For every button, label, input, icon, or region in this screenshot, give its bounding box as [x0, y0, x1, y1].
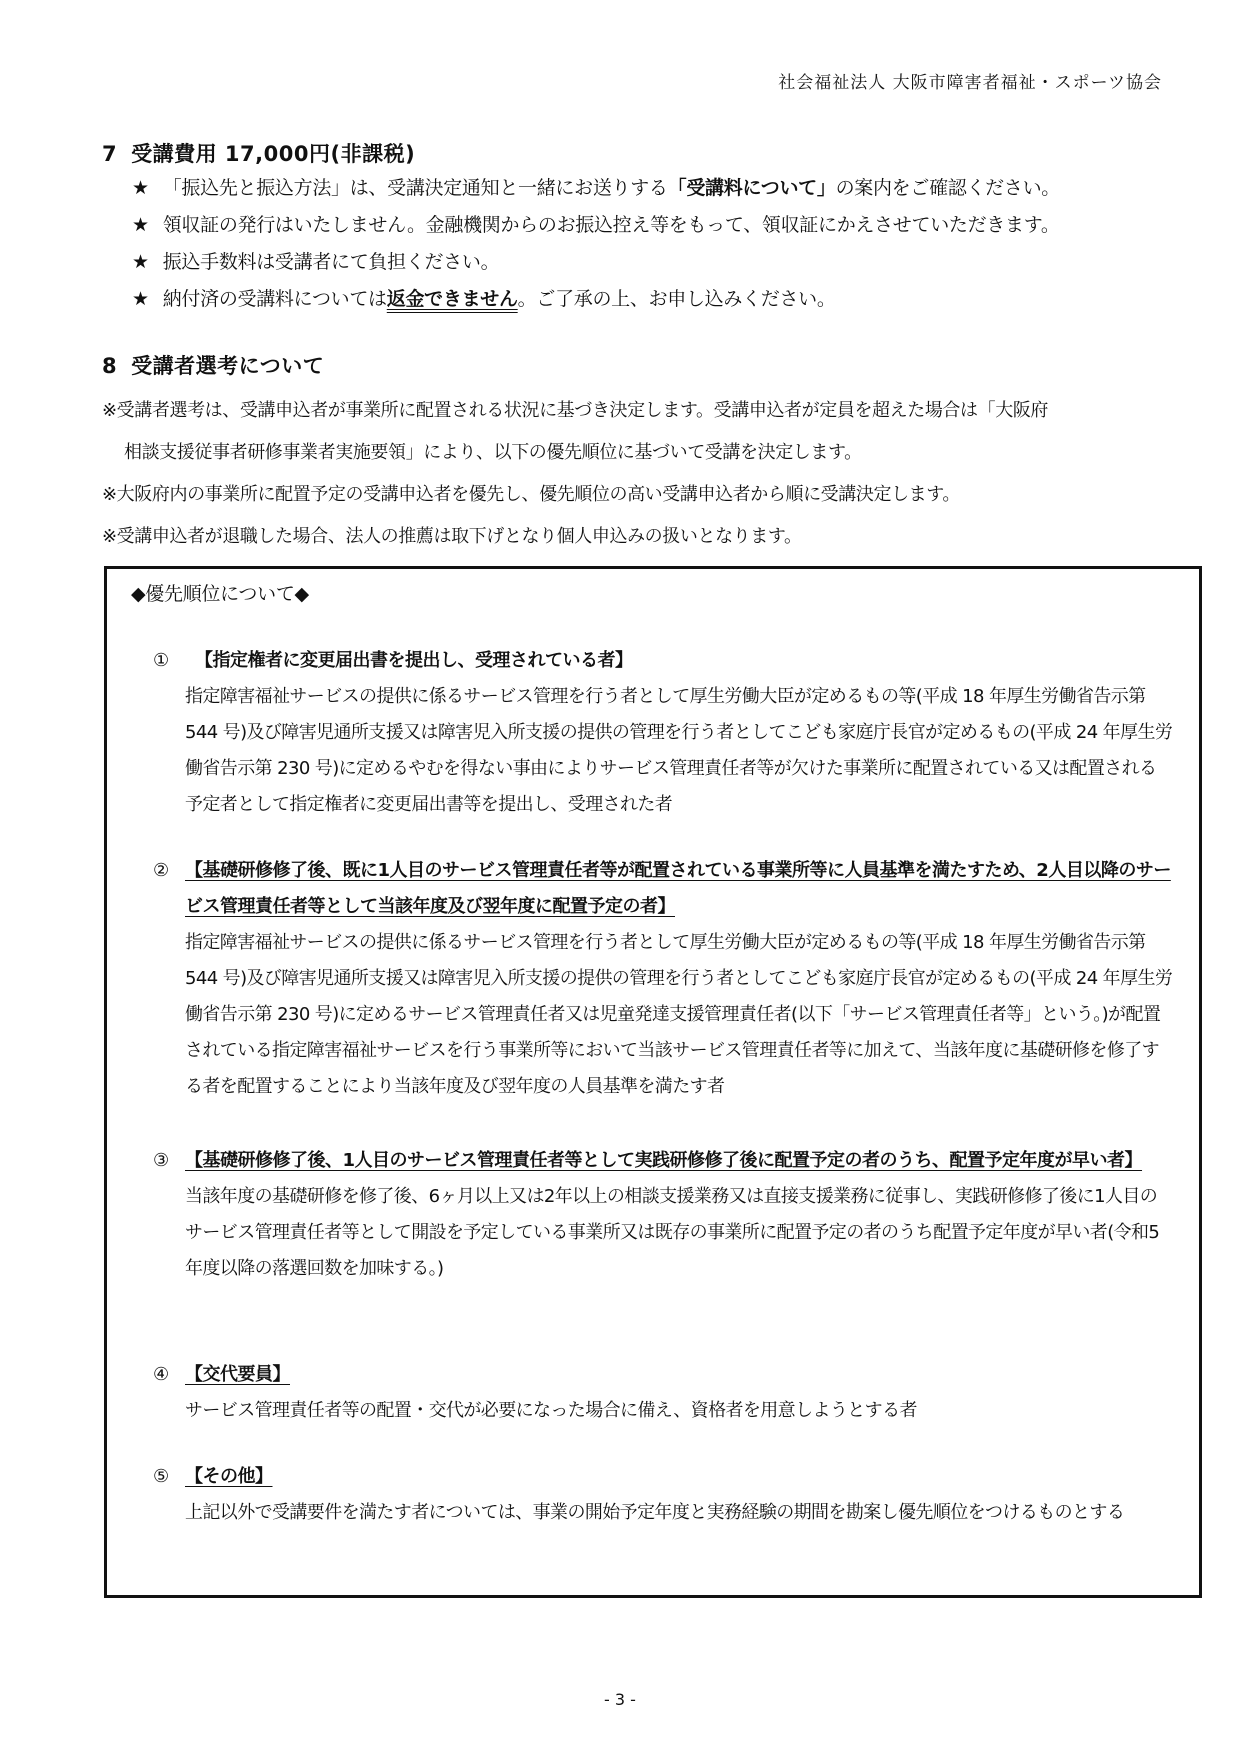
- section-number: 7: [102, 142, 117, 166]
- priority-heading: 【指定権者に変更届出書を提出し、受理されている者】: [195, 650, 633, 671]
- fee-document-name: 「受講料について」: [668, 177, 836, 199]
- note-line: ※大阪府内の事業所に配置予定の受講申込者を優先し、優先順位の高い受講申込者から順…: [102, 474, 1048, 516]
- priority-heading: 【基礎研修修了後、1人目のサービス管理責任者等として実践研修修了後に配置予定の者…: [185, 1150, 1142, 1171]
- star-icon: ★: [132, 288, 149, 310]
- no-refund-emphasis: 返金できません: [387, 288, 518, 310]
- circled-number: ④: [153, 1357, 169, 1393]
- star-icon: ★: [132, 177, 149, 199]
- list-item: ★振込手数料は受講者にて負担ください。: [132, 244, 1060, 281]
- priority-item-4: ④【交代要員】 サービス管理責任者等の配置・交代が必要になった場合に備え、資格者…: [153, 1357, 1173, 1429]
- priority-body: 当該年度の基礎研修を修了後、6ヶ月以上又は2年以上の相談支援業務又は直接支援業務…: [153, 1179, 1173, 1287]
- section-number: 8: [102, 354, 117, 378]
- priority-heading: 【その他】: [185, 1466, 273, 1487]
- note-line: 相談支援従事者研修事業者実施要領」により、以下の優先順位に基づいて受講を決定しま…: [102, 432, 1048, 474]
- star-icon: ★: [132, 214, 149, 236]
- selection-notes: ※受講者選考は、受講申込者が事業所に配置される状況に基づき決定します。受講申込者…: [102, 390, 1048, 558]
- priority-body: サービス管理責任者等の配置・交代が必要になった場合に備え、資格者を用意しようとす…: [153, 1393, 1173, 1429]
- circled-number: ①: [153, 643, 169, 679]
- organization-header: 社会福祉法人 大阪市障害者福祉・スポーツ協会: [778, 68, 1162, 93]
- priority-box-title: ◆優先順位について◆: [131, 579, 309, 606]
- fee-notes-list: ★「振込先と振込方法」は、受講決定通知と一緒にお送りする「受講料について」の案内…: [132, 170, 1060, 318]
- section-7-title: 7受講費用 17,000円(非課税): [102, 138, 415, 168]
- section-heading: 受講費用 17,000円(非課税): [131, 142, 415, 166]
- circled-number: ⑤: [153, 1459, 169, 1495]
- section-heading: 受講者選考について: [131, 354, 324, 378]
- priority-body: 指定障害福祉サービスの提供に係るサービス管理を行う者として厚生労働大臣が定めるも…: [153, 679, 1173, 823]
- note-line: ※受講者選考は、受講申込者が事業所に配置される状況に基づき決定します。受講申込者…: [102, 390, 1048, 432]
- list-item: ★「振込先と振込方法」は、受講決定通知と一緒にお送りする「受講料について」の案内…: [132, 170, 1060, 207]
- priority-box: ◆優先順位について◆ ①【指定権者に変更届出書を提出し、受理されている者】 指定…: [104, 566, 1202, 1598]
- page-number: - 3 -: [0, 1690, 1240, 1709]
- priority-item-1: ①【指定権者に変更届出書を提出し、受理されている者】 指定障害福祉サービスの提供…: [153, 643, 1173, 823]
- star-icon: ★: [132, 251, 149, 273]
- priority-item-2: ②【基礎研修修了後、既に1人目のサービス管理責任者等が配置されている事業所等に人…: [153, 853, 1173, 1105]
- priority-heading: 【基礎研修修了後、既に1人目のサービス管理責任者等が配置されている事業所等に人員…: [185, 860, 1171, 917]
- circled-number: ②: [153, 853, 169, 889]
- circled-number: ③: [153, 1143, 169, 1179]
- note-line: ※受講申込者が退職した場合、法人の推薦は取下げとなり個人申込みの扱いとなります。: [102, 516, 1048, 558]
- priority-item-3: ③【基礎研修修了後、1人目のサービス管理責任者等として実践研修修了後に配置予定の…: [153, 1143, 1173, 1287]
- priority-body: 指定障害福祉サービスの提供に係るサービス管理を行う者として厚生労働大臣が定めるも…: [153, 925, 1173, 1105]
- list-item: ★領収証の発行はいたしません。金融機関からのお振込控え等をもって、領収証にかえさ…: [132, 207, 1060, 244]
- priority-heading: 【交代要員】: [185, 1364, 290, 1385]
- list-item: ★納付済の受講料については返金できません。ご了承の上、お申し込みください。: [132, 281, 1060, 318]
- section-8-title: 8受講者選考について: [102, 350, 324, 380]
- priority-item-5: ⑤【その他】 上記以外で受講要件を満たす者については、事業の開始予定年度と実務経…: [153, 1459, 1173, 1531]
- priority-body: 上記以外で受講要件を満たす者については、事業の開始予定年度と実務経験の期間を勘案…: [153, 1495, 1173, 1531]
